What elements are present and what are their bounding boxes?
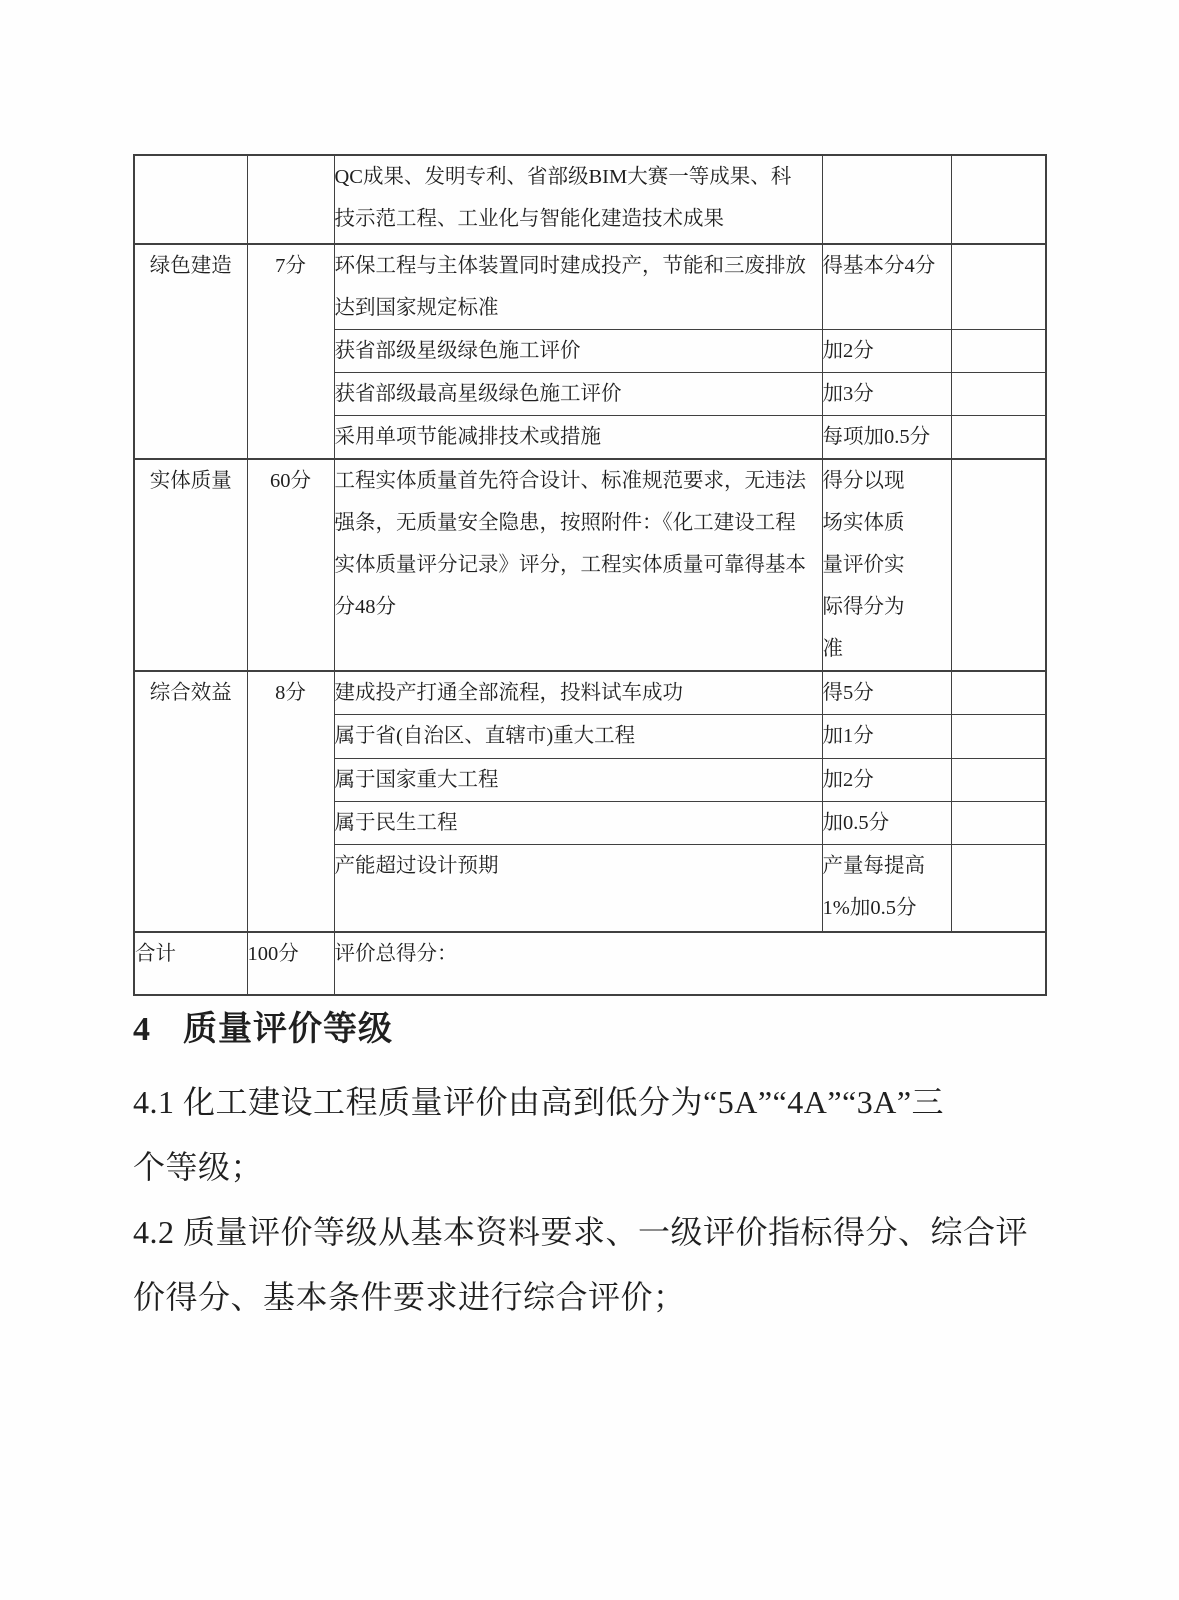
criteria-cell: 工程实体质量首先符合设计、标准规范要求，无违法 强条，无质量安全隐患，按照附件：…: [334, 459, 822, 671]
weight-cell-empty: [247, 155, 334, 244]
result-cell: [951, 155, 1046, 244]
table-row-continuation: QC成果、发明专利、省部级BIM大赛一等成果、科 技示范工程、工业化与智能化建造…: [134, 155, 1046, 244]
result-cell: [951, 845, 1046, 932]
result-cell: [951, 373, 1046, 416]
category-cell-benefit: 综合效益: [134, 671, 247, 932]
points-cell: 加2分: [822, 759, 951, 802]
points-cell: 产量每提高 1%加0.5分: [822, 845, 951, 932]
paragraph-4-1: 4.1 化工建设工程质量评价由高到低分为“5A”“4A”“3A”三 个等级；: [133, 1070, 1073, 1200]
points-cell: 得5分: [822, 671, 951, 715]
criteria-cell: 产能超过设计预期: [334, 845, 822, 932]
paragraph-4-2: 4.2 质量评价等级从基本资料要求、一级评价指标得分、综合评 价得分、基本条件要…: [133, 1200, 1073, 1330]
weight-cell-quality: 60分: [247, 459, 334, 671]
category-cell-green: 绿色建造: [134, 244, 247, 459]
weight-cell-benefit: 8分: [247, 671, 334, 932]
result-cell: [951, 671, 1046, 715]
heading-number: 4: [133, 1005, 151, 1055]
category-cell-empty: [134, 155, 247, 244]
table-row-green-1: 绿色建造 7分 环保工程与主体装置同时建成投产，节能和三废排放 达到国家规定标准…: [134, 244, 1046, 330]
result-cell: [951, 330, 1046, 373]
total-score-cell: 评价总得分：: [334, 932, 1046, 995]
result-cell: [951, 459, 1046, 671]
total-category-cell: 合计: [134, 932, 247, 995]
category-cell-quality: 实体质量: [134, 459, 247, 671]
heading-title: 质量评价等级: [183, 1011, 393, 1048]
points-cell: 每项加0.5分: [822, 416, 951, 460]
criteria-cell: 建成投产打通全部流程，投料试车成功: [334, 671, 822, 715]
document-page: QC成果、发明专利、省部级BIM大赛一等成果、科 技示范工程、工业化与智能化建造…: [0, 0, 1179, 1600]
weight-cell-green: 7分: [247, 244, 334, 459]
points-cell: 加1分: [822, 715, 951, 759]
criteria-cell: 属于省(自治区、直辖市)重大工程: [334, 715, 822, 759]
points-cell: 得基本分4分: [822, 244, 951, 330]
criteria-cell: QC成果、发明专利、省部级BIM大赛一等成果、科 技示范工程、工业化与智能化建造…: [334, 155, 822, 244]
points-cell-empty: [822, 155, 951, 244]
points-cell: 加3分: [822, 373, 951, 416]
result-cell: [951, 244, 1046, 330]
result-cell: [951, 802, 1046, 845]
section-4: 4质量评价等级 4.1 化工建设工程质量评价由高到低分为“5A”“4A”“3A”…: [133, 1005, 1073, 1330]
result-cell: [951, 416, 1046, 460]
total-weight-cell: 100分: [247, 932, 334, 995]
criteria-cell: 属于国家重大工程: [334, 759, 822, 802]
criteria-cell: 获省部级最高星级绿色施工评价: [334, 373, 822, 416]
table-row-benefit-1: 综合效益 8分 建成投产打通全部流程，投料试车成功 得5分: [134, 671, 1046, 715]
points-cell: 得分以现 场实体质 量评价实 际得分为 准: [822, 459, 951, 671]
quality-evaluation-table: QC成果、发明专利、省部级BIM大赛一等成果、科 技示范工程、工业化与智能化建造…: [133, 154, 1047, 996]
criteria-cell: 属于民生工程: [334, 802, 822, 845]
result-cell: [951, 759, 1046, 802]
table-row-quality: 实体质量 60分 工程实体质量首先符合设计、标准规范要求，无违法 强条，无质量安…: [134, 459, 1046, 671]
points-cell: 加2分: [822, 330, 951, 373]
criteria-cell: 采用单项节能减排技术或措施: [334, 416, 822, 460]
criteria-cell: 环保工程与主体装置同时建成投产，节能和三废排放 达到国家规定标准: [334, 244, 822, 330]
section-heading: 4质量评价等级: [133, 1005, 1073, 1055]
criteria-cell: 获省部级星级绿色施工评价: [334, 330, 822, 373]
points-cell: 加0.5分: [822, 802, 951, 845]
table-row-total: 合计 100分 评价总得分：: [134, 932, 1046, 995]
result-cell: [951, 715, 1046, 759]
